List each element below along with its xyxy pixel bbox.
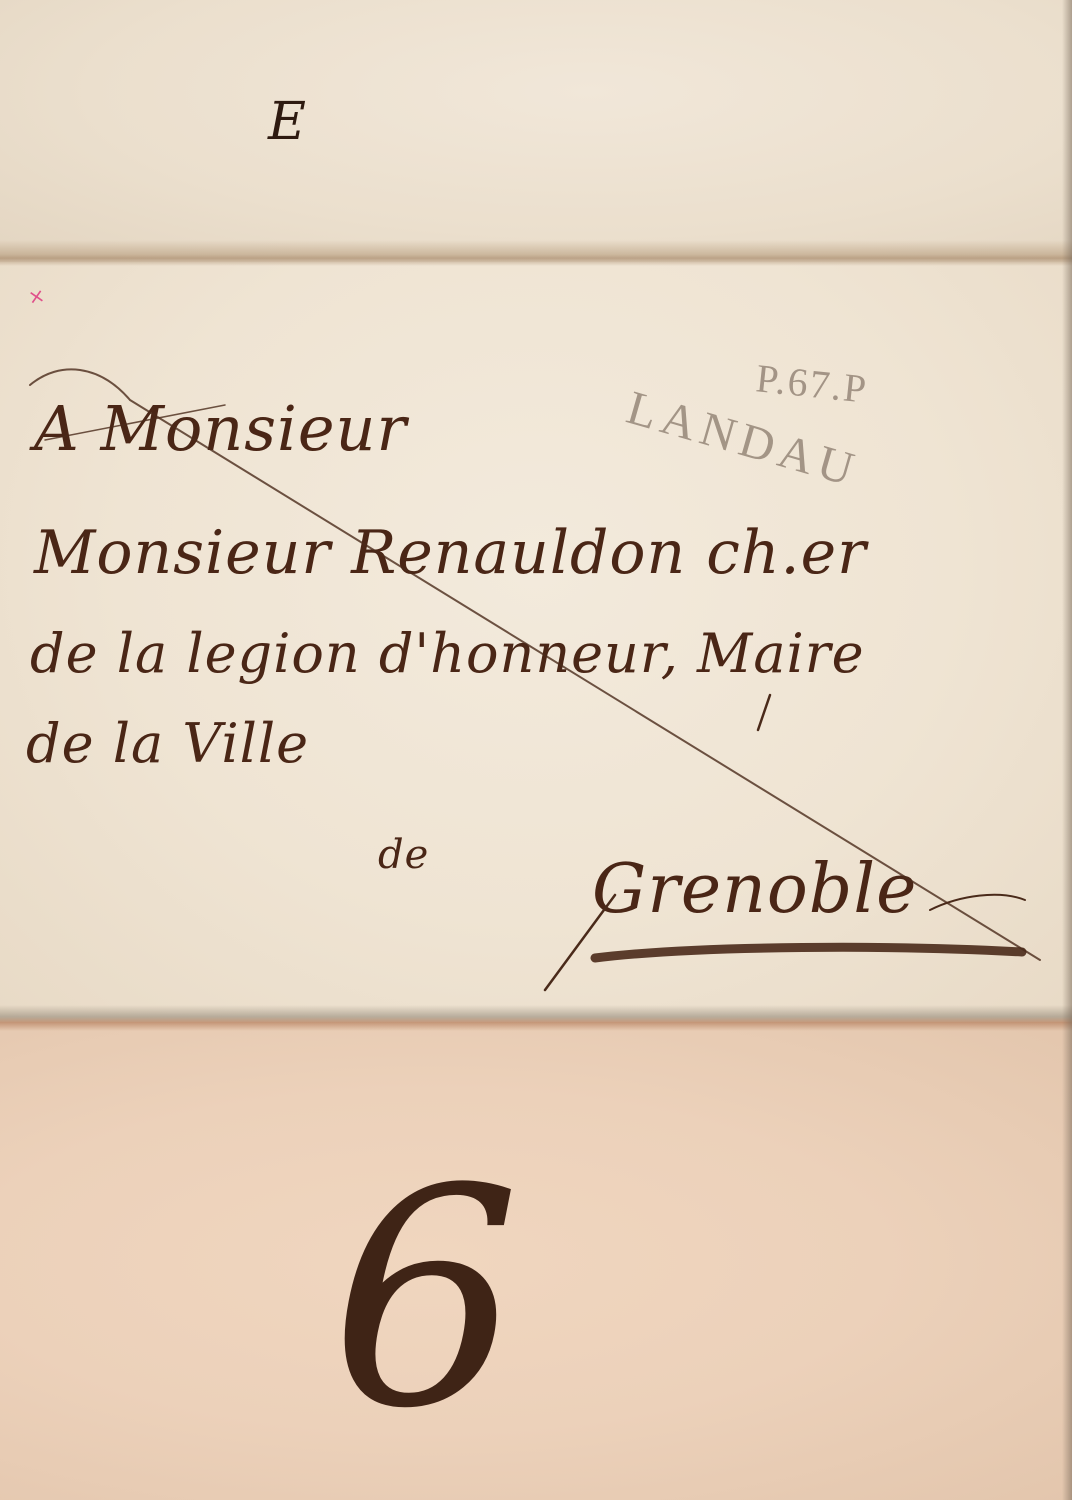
city-flourish xyxy=(930,895,1025,910)
comma-stroke xyxy=(758,695,770,730)
grenoble-descender xyxy=(545,895,615,990)
letter-cover: E × P.67.P LANDAU A Monsieur Monsieur Re… xyxy=(0,0,1072,1500)
ink-strokes xyxy=(0,0,1072,1500)
crossbar-stroke xyxy=(45,405,225,440)
diagonal-strike-line xyxy=(30,369,1040,960)
city-underline xyxy=(595,947,1022,958)
